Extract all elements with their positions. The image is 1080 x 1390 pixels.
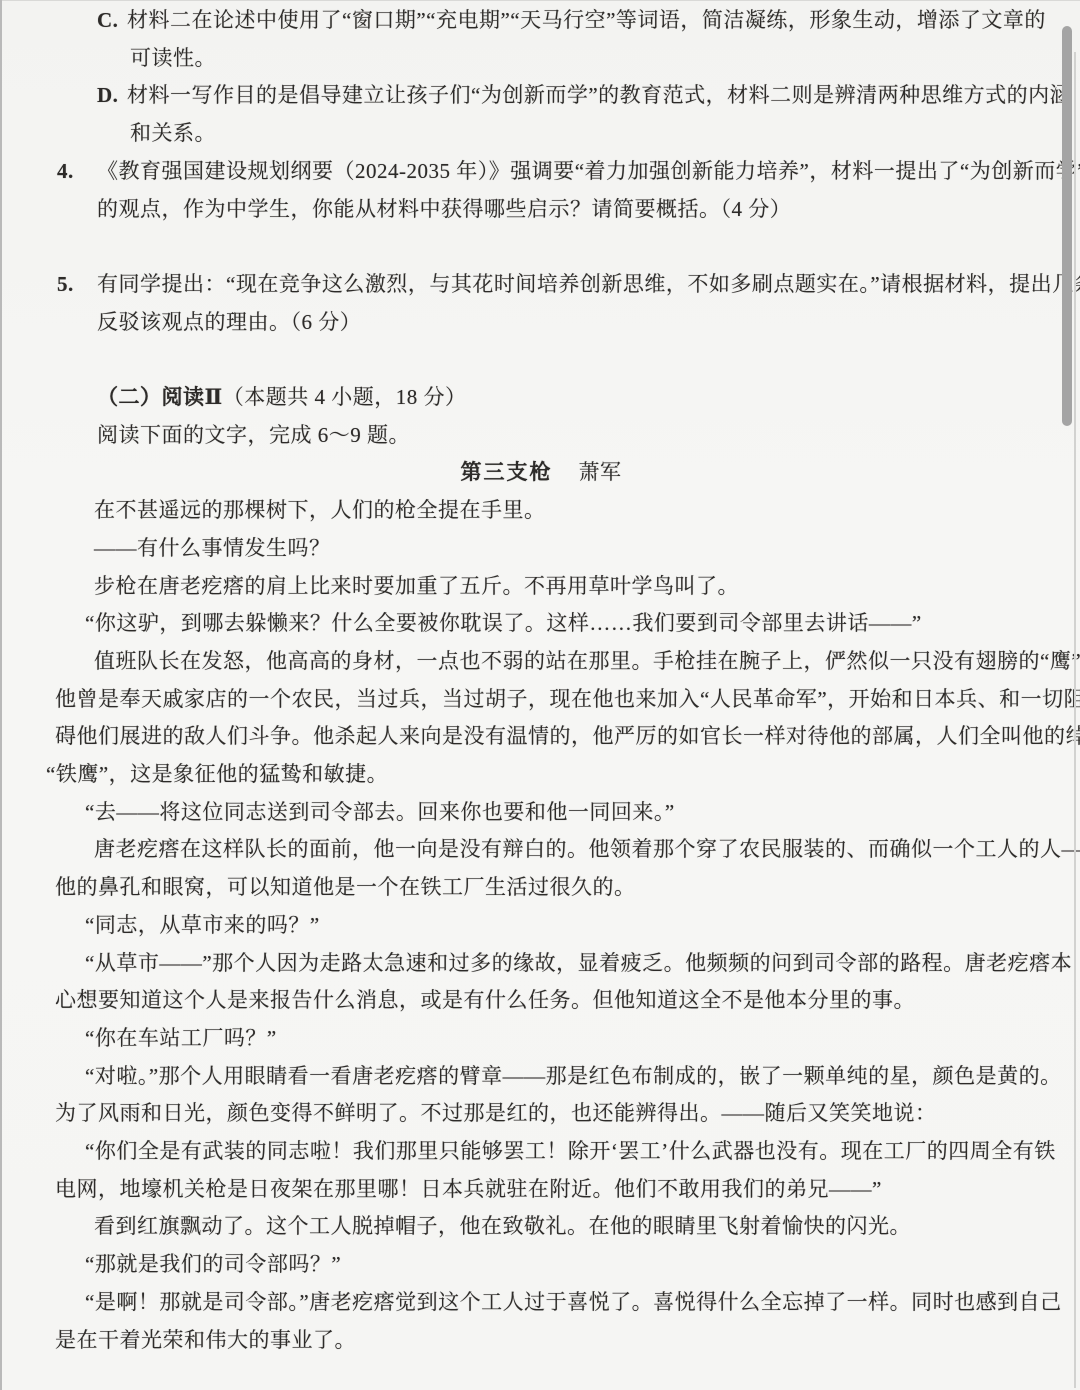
question-4-text: 《教育强国建设规划纲要（2024-2035 年）》强调要“着力加强创新能力培养”… xyxy=(97,159,1080,183)
option-d-line-2: 和关系。 xyxy=(2,115,1080,153)
option-c-line-1: C. 材料二在论述中使用了“窗口期”“充电期”“天马行空”等词语，简洁凝练，形象… xyxy=(2,2,1080,40)
story-line: “那就是我们的司令部吗？” xyxy=(2,1246,1080,1284)
story-line: 在不甚遥远的那棵树下，人们的枪全提在手里。 xyxy=(2,492,1080,530)
option-c-label: C. xyxy=(97,2,118,40)
story-line: 为了风雨和日光，颜色变得不鲜明了。不过那是红的，也还能辨得出。——随后又笑笑地说… xyxy=(2,1095,1080,1133)
story-line: 唐老疙瘩在这样队长的面前，他一向是没有辩白的。他领着那个穿了农民服装的、而确似一… xyxy=(2,831,1080,869)
option-d-label: D. xyxy=(97,77,118,115)
question-5-line-1: 5. 有同学提出：“现在竞争这么激烈，与其花时间培养创新思维，不如多刷点题实在。… xyxy=(2,266,1080,304)
story-title: 第三支枪 xyxy=(461,460,553,484)
story-line: “对啦。”那个人用眼睛看一看唐老疙瘩的臂章——那是红色布制成的，嵌了一颗单纯的星… xyxy=(2,1058,1080,1096)
question-5-number: 5. xyxy=(57,266,74,304)
story-line: “从草市——”那个人因为走路太急速和过多的缘故，显着疲乏。他频频的问到司令部的路… xyxy=(2,945,1080,983)
section-heading-bold: （二）阅读Ⅱ xyxy=(97,385,223,409)
story-line: 碍他们展进的敌人们斗争。他杀起人来向是没有温情的，他严厉的如官长一样对待他的部属… xyxy=(2,718,1080,756)
document-page: C. 材料二在论述中使用了“窗口期”“充电期”“天马行空”等词语，简洁凝练，形象… xyxy=(0,0,1080,1390)
question-5-text: 有同学提出：“现在竞争这么激烈，与其花时间培养创新思维，不如多刷点题实在。”请根… xyxy=(97,272,1080,296)
story-line: ——有什么事情发生吗？ xyxy=(2,530,1080,568)
story-line: 他的鼻孔和眼窝，可以知道他是一个在铁工厂生活过很久的。 xyxy=(2,869,1080,907)
story-line: “你们全是有武装的同志啦！我们那里只能够罢工！除开‘罢工’什么武器也没有。现在工… xyxy=(2,1133,1080,1171)
story-line: “你这驴，到哪去躲懒来？什么全要被你耽误了。这样……我们要到司令部里去讲话——” xyxy=(2,605,1080,643)
option-c-text: 材料二在论述中使用了“窗口期”“充电期”“天马行空”等词语，简洁凝练，形象生动，… xyxy=(127,8,1046,32)
story-line: “去——将这位同志送到司令部去。回来你也要和他一同回来。” xyxy=(2,794,1080,832)
blank-line xyxy=(2,341,1080,379)
section-heading: （二）阅读Ⅱ（本题共 4 小题，18 分） xyxy=(2,379,1080,417)
option-d-line-1: D. 材料一写作目的是倡导建立让孩子们“为创新而学”的教育范式，材料二则是辨清两… xyxy=(2,77,1080,115)
scrollbar-track[interactable] xyxy=(1074,52,1076,1388)
story-line: 看到红旗飘动了。这个工人脱掉帽子，他在致敬礼。在他的眼睛里飞射着愉快的闪光。 xyxy=(2,1208,1080,1246)
story-line: “你在车站工厂吗？” xyxy=(2,1020,1080,1058)
question-4-line-2: 的观点，作为中学生，你能从材料中获得哪些启示？请简要概括。（4 分） xyxy=(2,191,1080,229)
question-5-line-2: 反驳该观点的理由。（6 分） xyxy=(2,304,1080,342)
story-line: “铁鹰”，这是象征他的猛鸷和敏捷。 xyxy=(2,756,1080,794)
story-line: 电网，地壕机关枪是日夜架在那里哪！日本兵就驻在附近。他们不敢用我们的弟兄——” xyxy=(2,1171,1080,1209)
story-line: “同志，从草市来的吗？” xyxy=(2,907,1080,945)
option-d-text: 材料一写作目的是倡导建立让孩子们“为创新而学”的教育范式，材料二则是辨清两种思维… xyxy=(127,83,1071,107)
exam-text-content: C. 材料二在论述中使用了“窗口期”“充电期”“天马行空”等词语，简洁凝练，形象… xyxy=(2,2,1080,1359)
story-title-line: 第三支枪萧军 xyxy=(2,454,1080,492)
story-line: “是啊！那就是司令部。”唐老疙瘩觉到这个工人过于喜悦了。喜悦得什么全忘掉了一样。… xyxy=(2,1284,1080,1322)
story-line: 是在干着光荣和伟大的事业了。 xyxy=(2,1322,1080,1360)
option-c-line-2: 可读性。 xyxy=(2,40,1080,78)
story-line: 步枪在唐老疙瘩的肩上比来时要加重了五斤。不再用草叶学鸟叫了。 xyxy=(2,568,1080,606)
question-4-number: 4. xyxy=(57,153,74,191)
story-line: 值班队长在发怒，他高高的身材，一点也不弱的站在那里。手枪挂在腕子上，俨然似一只没… xyxy=(2,643,1080,681)
blank-line xyxy=(2,228,1080,266)
section-heading-rest: （本题共 4 小题，18 分） xyxy=(223,385,467,409)
story-line: 他曾是奉天戚家店的一个农民，当过兵，当过胡子，现在他也来加入“人民革命军”，开始… xyxy=(2,681,1080,719)
scrollbar-thumb[interactable] xyxy=(1062,26,1072,426)
story-author: 萧军 xyxy=(579,460,622,484)
section-intro: 阅读下面的文字，完成 6～9 题。 xyxy=(2,417,1080,455)
question-4-line-1: 4. 《教育强国建设规划纲要（2024-2035 年）》强调要“着力加强创新能力… xyxy=(2,153,1080,191)
story-line: 心想要知道这个人是来报告什么消息，或是有什么任务。但他知道这全不是他本分里的事。 xyxy=(2,982,1080,1020)
